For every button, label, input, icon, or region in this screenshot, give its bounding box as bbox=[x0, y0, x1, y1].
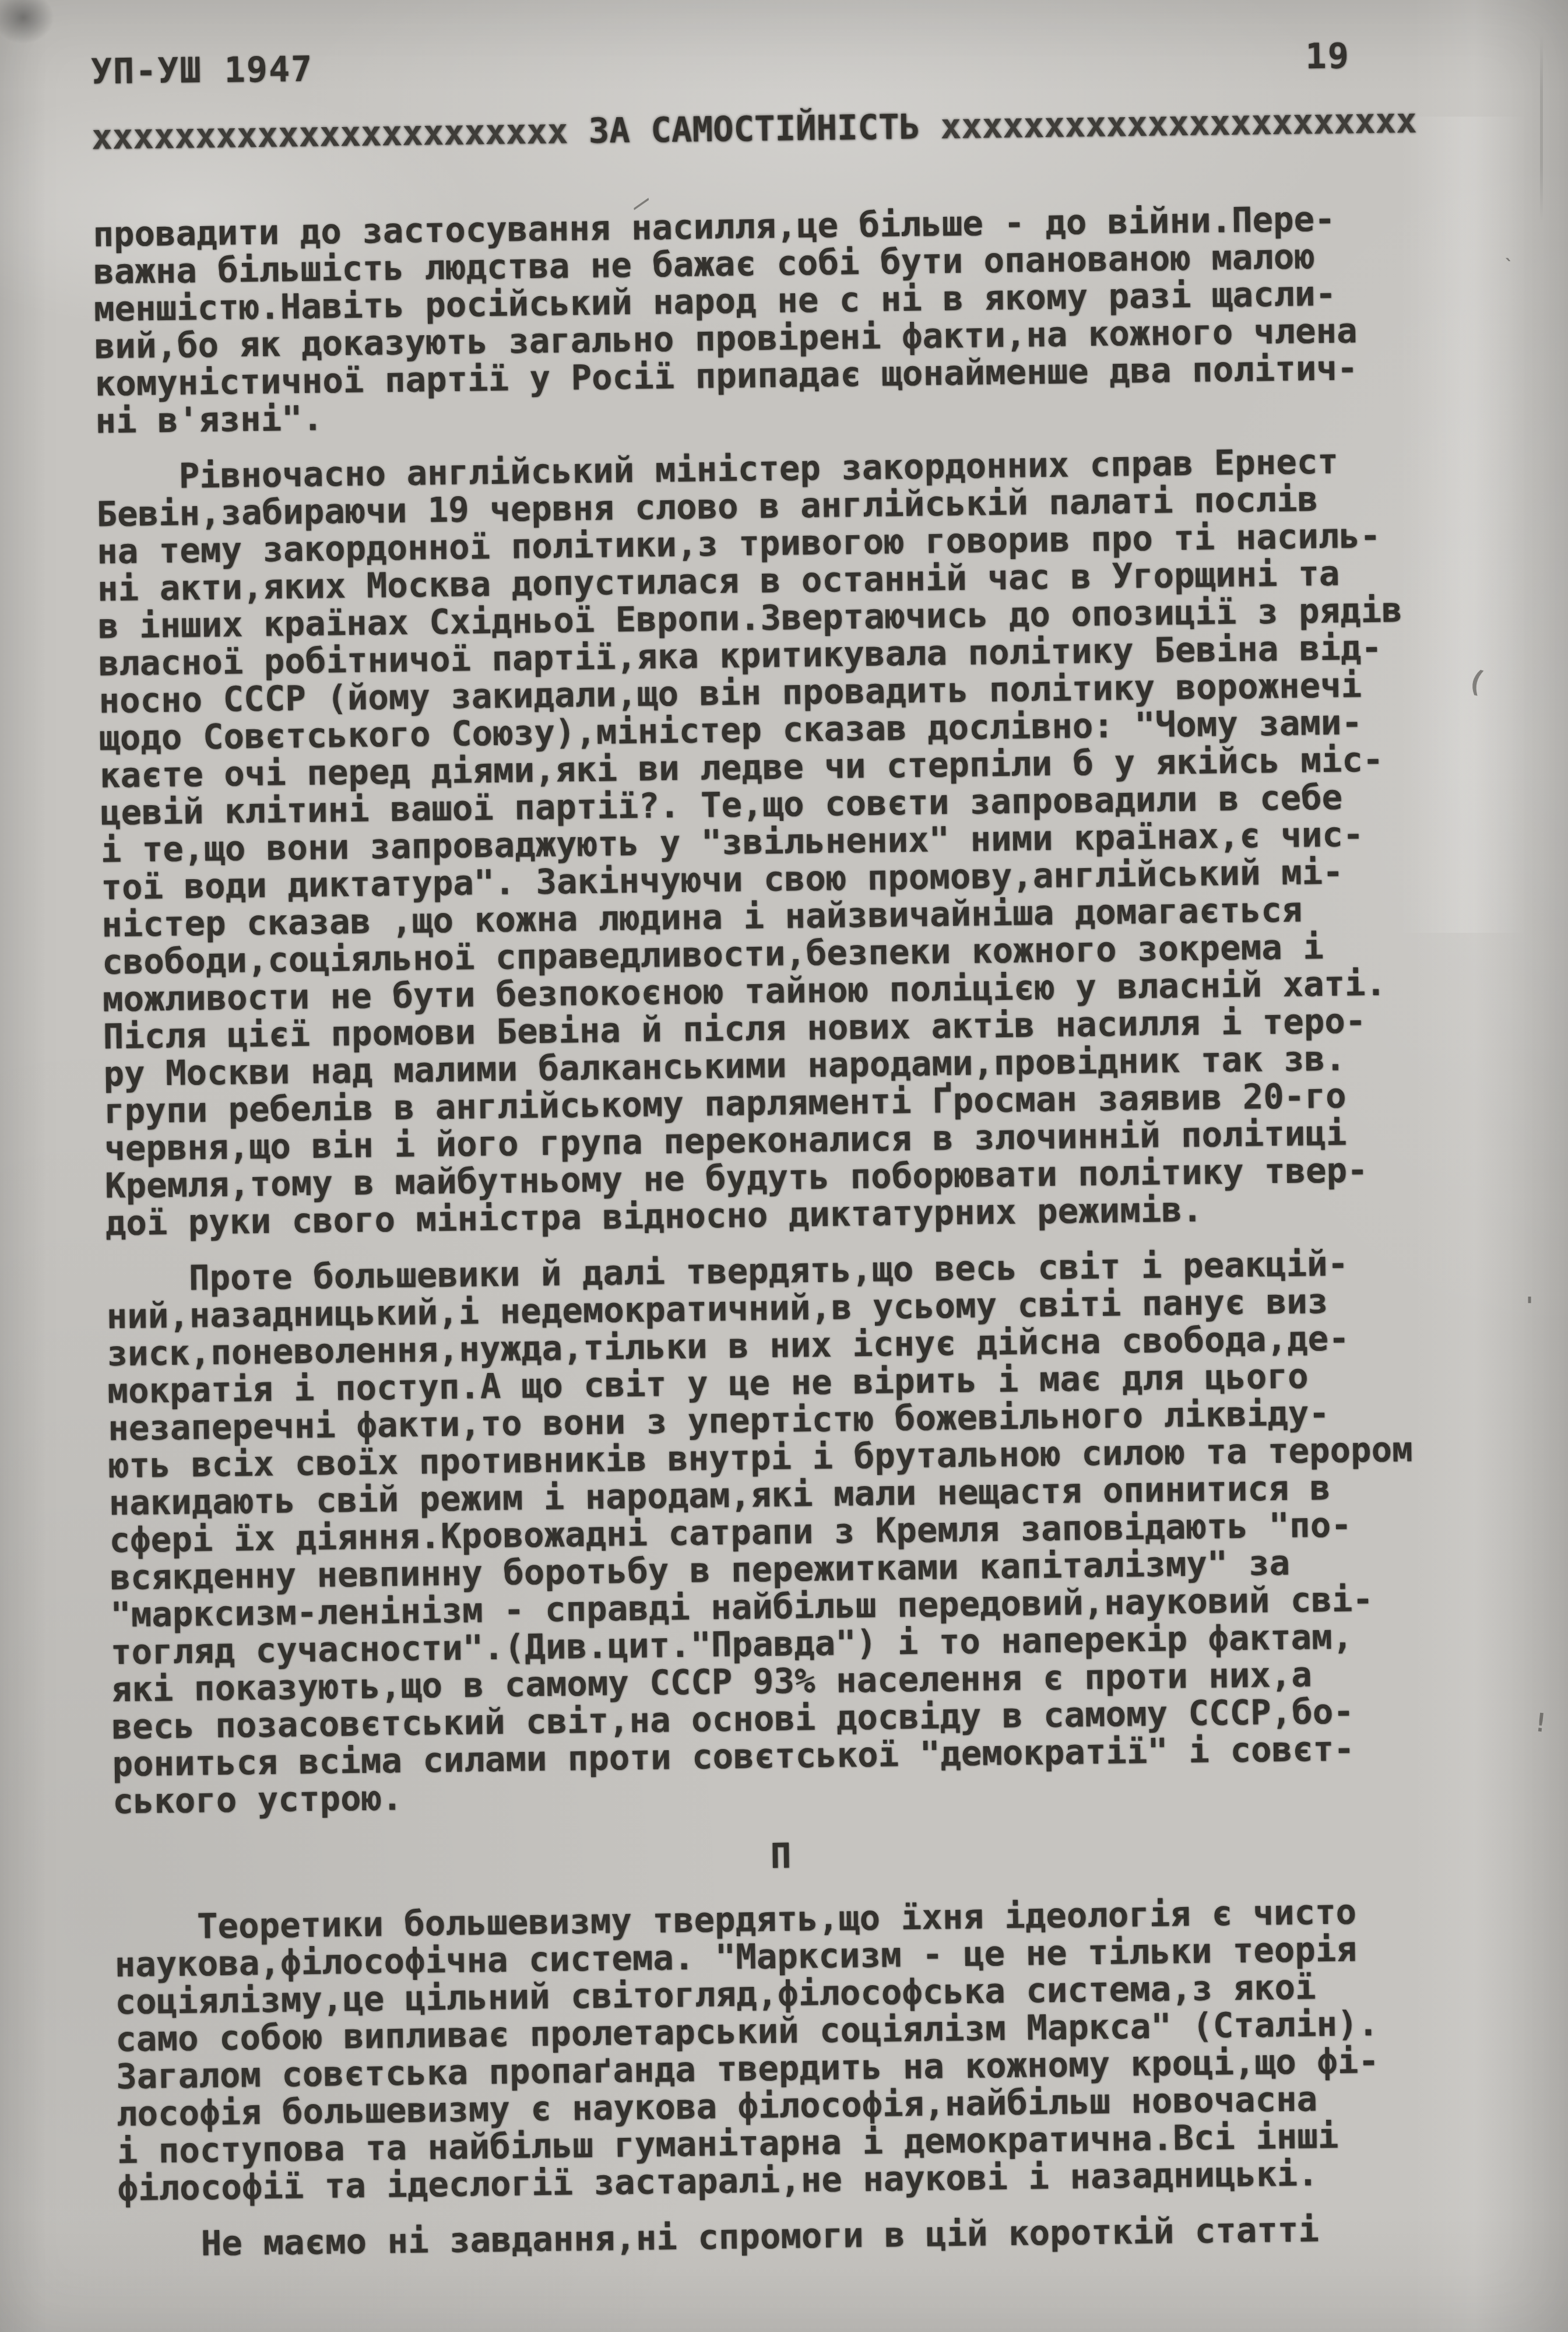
text-line: Не маємо ні завдання,ні спромоги в цій к… bbox=[118, 2209, 1494, 2264]
ink-speck: ' bbox=[1523, 1293, 1537, 1320]
page-content: УП-УШ 1947 19 ххххххххххххххххххххххх ЗА… bbox=[90, 34, 1494, 2282]
scanned-page: УП-УШ 1947 19 ххххххххххххххххххххххх ЗА… bbox=[0, 0, 1568, 2332]
masthead-right-rule: ххххххххххххххххххххххх bbox=[940, 100, 1417, 146]
text-line: П bbox=[113, 1829, 1449, 1883]
masthead-left-rule: ххххххххххххххххххххххх bbox=[92, 111, 568, 157]
page-header: УП-УШ 1947 19 bbox=[90, 36, 1350, 92]
masthead: ххххххххххххххххххххххх ЗА САМОСТІЙНІСТЬ… bbox=[92, 100, 1468, 158]
scan-streak bbox=[1540, 35, 1543, 222]
page-number: 19 bbox=[1305, 36, 1350, 77]
paragraph: провадити до застосування насилля,це біл… bbox=[93, 199, 1471, 440]
article-body: провадити до застосування насилля,це біл… bbox=[93, 199, 1494, 2263]
paragraph: Проте большевики й далі твердять,що весь… bbox=[106, 1244, 1489, 1821]
scan-corner-shadow bbox=[0, 0, 64, 52]
paragraph: Не маємо ні завдання,ні спромоги в цій к… bbox=[118, 2209, 1494, 2264]
issue-label: УП-УШ 1947 bbox=[90, 49, 313, 93]
paragraph: Рівночасно англійський міністер закордон… bbox=[96, 441, 1481, 1242]
masthead-title: ЗА САМОСТІЙНІСТЬ bbox=[588, 107, 920, 151]
paragraph: Теоретики большевизму твердять,що їхня і… bbox=[114, 1892, 1493, 2208]
section-marker: П bbox=[113, 1829, 1449, 1883]
ink-speck: ` bbox=[1504, 257, 1514, 277]
ink-speck: ! bbox=[1531, 1708, 1550, 1739]
